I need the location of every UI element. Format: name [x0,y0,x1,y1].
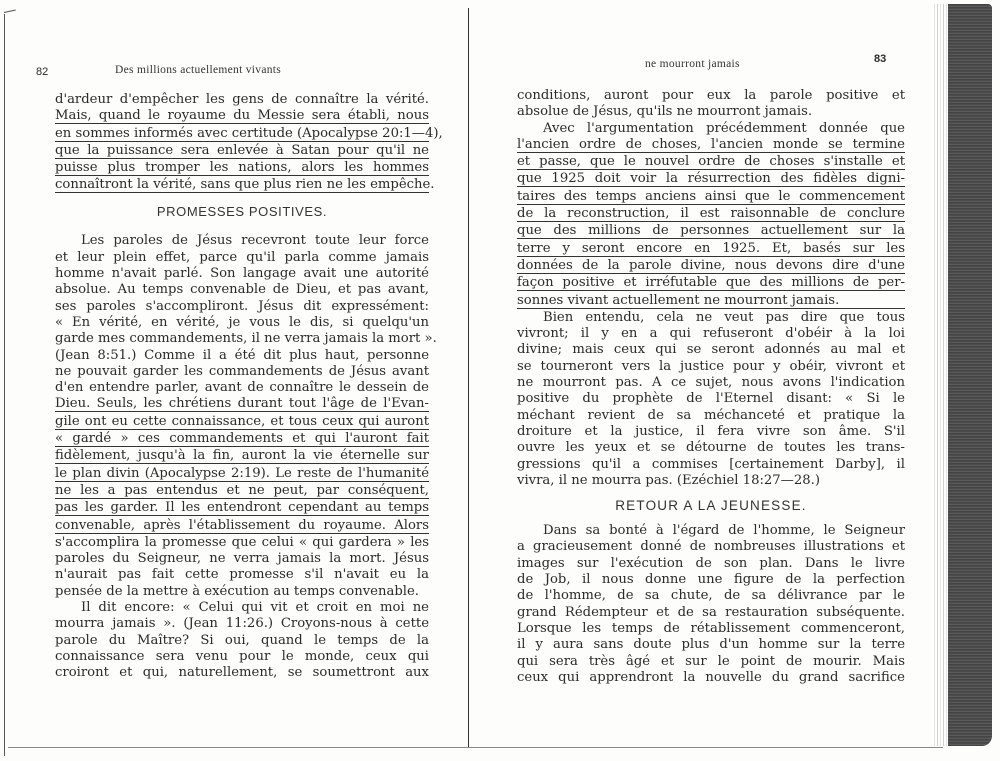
section-heading: RETOUR A LA JEUNESSE. [517,495,905,517]
text-line: ceux qui apprendront la nouvelle du gran… [517,670,905,686]
text-line: (Jean 8:51.) Comme il a été dit plus hau… [55,348,429,364]
underlined-text-line: et passe, que le nouvel ordre de choses … [517,154,905,170]
text-line: Les paroles de Jésus recevront toute leu… [55,233,429,249]
running-head: Des millions actuellement vivants [115,64,281,76]
underlined-text-line: sonnes vivant actuellement ne mourront j… [517,293,905,309]
text-line: Dans sa bonté à l'égard de l'homme, le S… [517,523,905,539]
text-line: mourra jamais ». (Jean 11:26.) Croyons-n… [55,616,429,632]
running-head: ne mourront jamais [645,58,740,70]
text-line: ses paroles s'accompliront. Jésus dit ex… [55,299,429,315]
text-line: d'en entendre parler, avant de connaître… [55,380,429,396]
underlined-text-line: taires des temps anciens ainsi que le co… [517,189,905,205]
bottom-page-edge [8,747,943,748]
underlined-text-line: de la reconstruction, il est raisonnable… [517,206,905,222]
underlined-text-line: que 1925 doit voir la résurrection des f… [517,171,905,187]
text-line: se tourneront vers la justice pour y obé… [517,359,905,375]
right-edge-noise [932,4,948,746]
underlined-text-line: connaîtront la vérité, sans que plus rie… [55,177,429,193]
page-body: d'ardeur d'empêcher les gens de connaîtr… [55,92,429,682]
book-cover-edge [948,4,992,746]
text-line: croiront et qui, naturellement, se soume… [55,665,429,681]
section-heading: PROMESSES POSITIVES. [55,201,429,223]
text-line: et leur plein effet, parce qu'il parla c… [55,250,429,266]
text-line: connaissance sera venu pour le monde, ce… [55,649,429,665]
text-line: méchant revient de sa méchanceté et prat… [517,408,905,424]
text-line: grand Rédempteur et de sa restauration s… [517,605,905,621]
text-line: n'aurait pas fait cette promesse s'il n'… [55,567,429,583]
underlined-text-line: données de la parole divine, nous devons… [517,258,905,274]
underlined-text-line: Mais, quand le royaume du Messie sera ét… [55,108,429,124]
text-line: absolue de Jésus, qu'ils ne mourront jam… [517,104,905,120]
text-line: ouvre les yeux et se détourne de toutes … [517,440,905,456]
paragraph-block: Dans sa bonté à l'égard de l'homme, le S… [517,523,905,686]
text-line: il y aura sans doute plus d'un homme sur… [517,637,905,653]
text-line: « En vérité, en vérité, je vous le dis, … [55,315,429,331]
underlined-text-line: Dieu. Seuls, les chrétiens durant tout l… [55,396,429,412]
left-page-edge [4,14,5,756]
page-number: 83 [874,53,886,65]
page-number: 82 [36,66,48,78]
text-line: paroles du Seigneur, ne verra jamais la … [55,551,429,567]
underlined-text-line: « gardé » ces commandements et qui l'aur… [55,431,429,447]
paragraph-block: d'ardeur d'empêcher les gens de connaîtr… [55,92,429,193]
text-line: d'ardeur d'empêcher les gens de connaîtr… [55,92,429,108]
paragraph-block: Les paroles de Jésus recevront toute leu… [55,233,429,681]
text-line: Avec l'argumentation précédemment donnée… [517,121,905,137]
text-line: homme n'avait parlé. Son langage avait u… [55,266,429,282]
underlined-text-line: le plan divin (Apocalypse 2:19). Le rest… [55,466,429,482]
underlined-text-line: l'ancien ordre de choses, l'ancien monde… [517,137,905,153]
book-gutter-line [468,8,469,748]
text-line: images sur l'exécution de son plan. Dans… [517,556,905,572]
underlined-text-line: convenable, après l'établissement du roy… [55,518,429,534]
text-line: de Job, il nous donne une figure de la p… [517,572,905,588]
text-line: vivra, il ne mourra pas. (Ezéchiel 18:27… [517,473,905,489]
underlined-text-line: façon positive et irréfutable que des mi… [517,275,905,291]
underlined-text-line: que la puissance sera enlevée à Satan po… [55,143,429,159]
text-line: qui sera très âgé et sur le point de mou… [517,654,905,670]
paragraph-block: conditions, auront pour eux la parole po… [517,88,905,489]
underlined-text-line: que des millions de personnes actuelleme… [517,223,905,239]
text-line: de l'homme, de sa chute, de sa délivranc… [517,588,905,604]
text-line: Il dit encore: « Celui qui vit et croit … [55,600,429,616]
scanned-book-spread: 82 Des millions actuellement vivants d'a… [0,0,1000,761]
text-line: s'accomplira la promesse que celui « qui… [55,535,429,551]
underlined-text-line: pas les garder. Il les entendront cepend… [55,500,429,516]
text-line: absolue. Au temps convenable de Dieu, et… [55,282,429,298]
underlined-text-line: gile ont eu cette connaissance, et tous … [55,414,429,430]
text-line: vivront; il y en a qui refuseront d'obéi… [517,326,905,342]
text-line: ne mourront pas. A ce sujet, nous avons … [517,375,905,391]
left-page-corner [4,10,16,13]
page-body: conditions, auront pour eux la parole po… [517,88,905,686]
underlined-text-line: fidèlement, jusqu'à la fin, auront la vi… [55,448,429,464]
text-line: gressions qu'il a commises [certainement… [517,457,905,473]
text-line: ne pouvait garder les commandements de J… [55,364,429,380]
text-line: parole du Maître? Si oui, quand le temps… [55,633,429,649]
text-line: droiture et la justice, il fera vivre so… [517,424,905,440]
text-line: a gracieusement donné de nombreuses illu… [517,539,905,555]
underlined-text-line: terre y seront encore en 1925. Et, basés… [517,241,905,257]
underlined-text-line: puisse plus tromper les nations, alors l… [55,160,429,176]
text-line: pensée de la mettre à exécution au temps… [55,584,429,600]
text-line: Lorsque les temps de rétablissement comm… [517,621,905,637]
text-line: Bien entendu, cela ne veut pas dire que … [517,310,905,326]
text-line: garde mes commandements, il ne verra jam… [55,331,429,347]
underlined-text-line: ne les a pas entendus et ne peut, par co… [55,483,429,499]
underlined-text-line: en sommes informés avec certitude (Apoca… [55,126,429,142]
text-line: divine; mais ceux qui se seront adonnés … [517,342,905,358]
text-line: positive du prophète de l'Eternel disant… [517,391,905,407]
text-line: conditions, auront pour eux la parole po… [517,88,905,104]
